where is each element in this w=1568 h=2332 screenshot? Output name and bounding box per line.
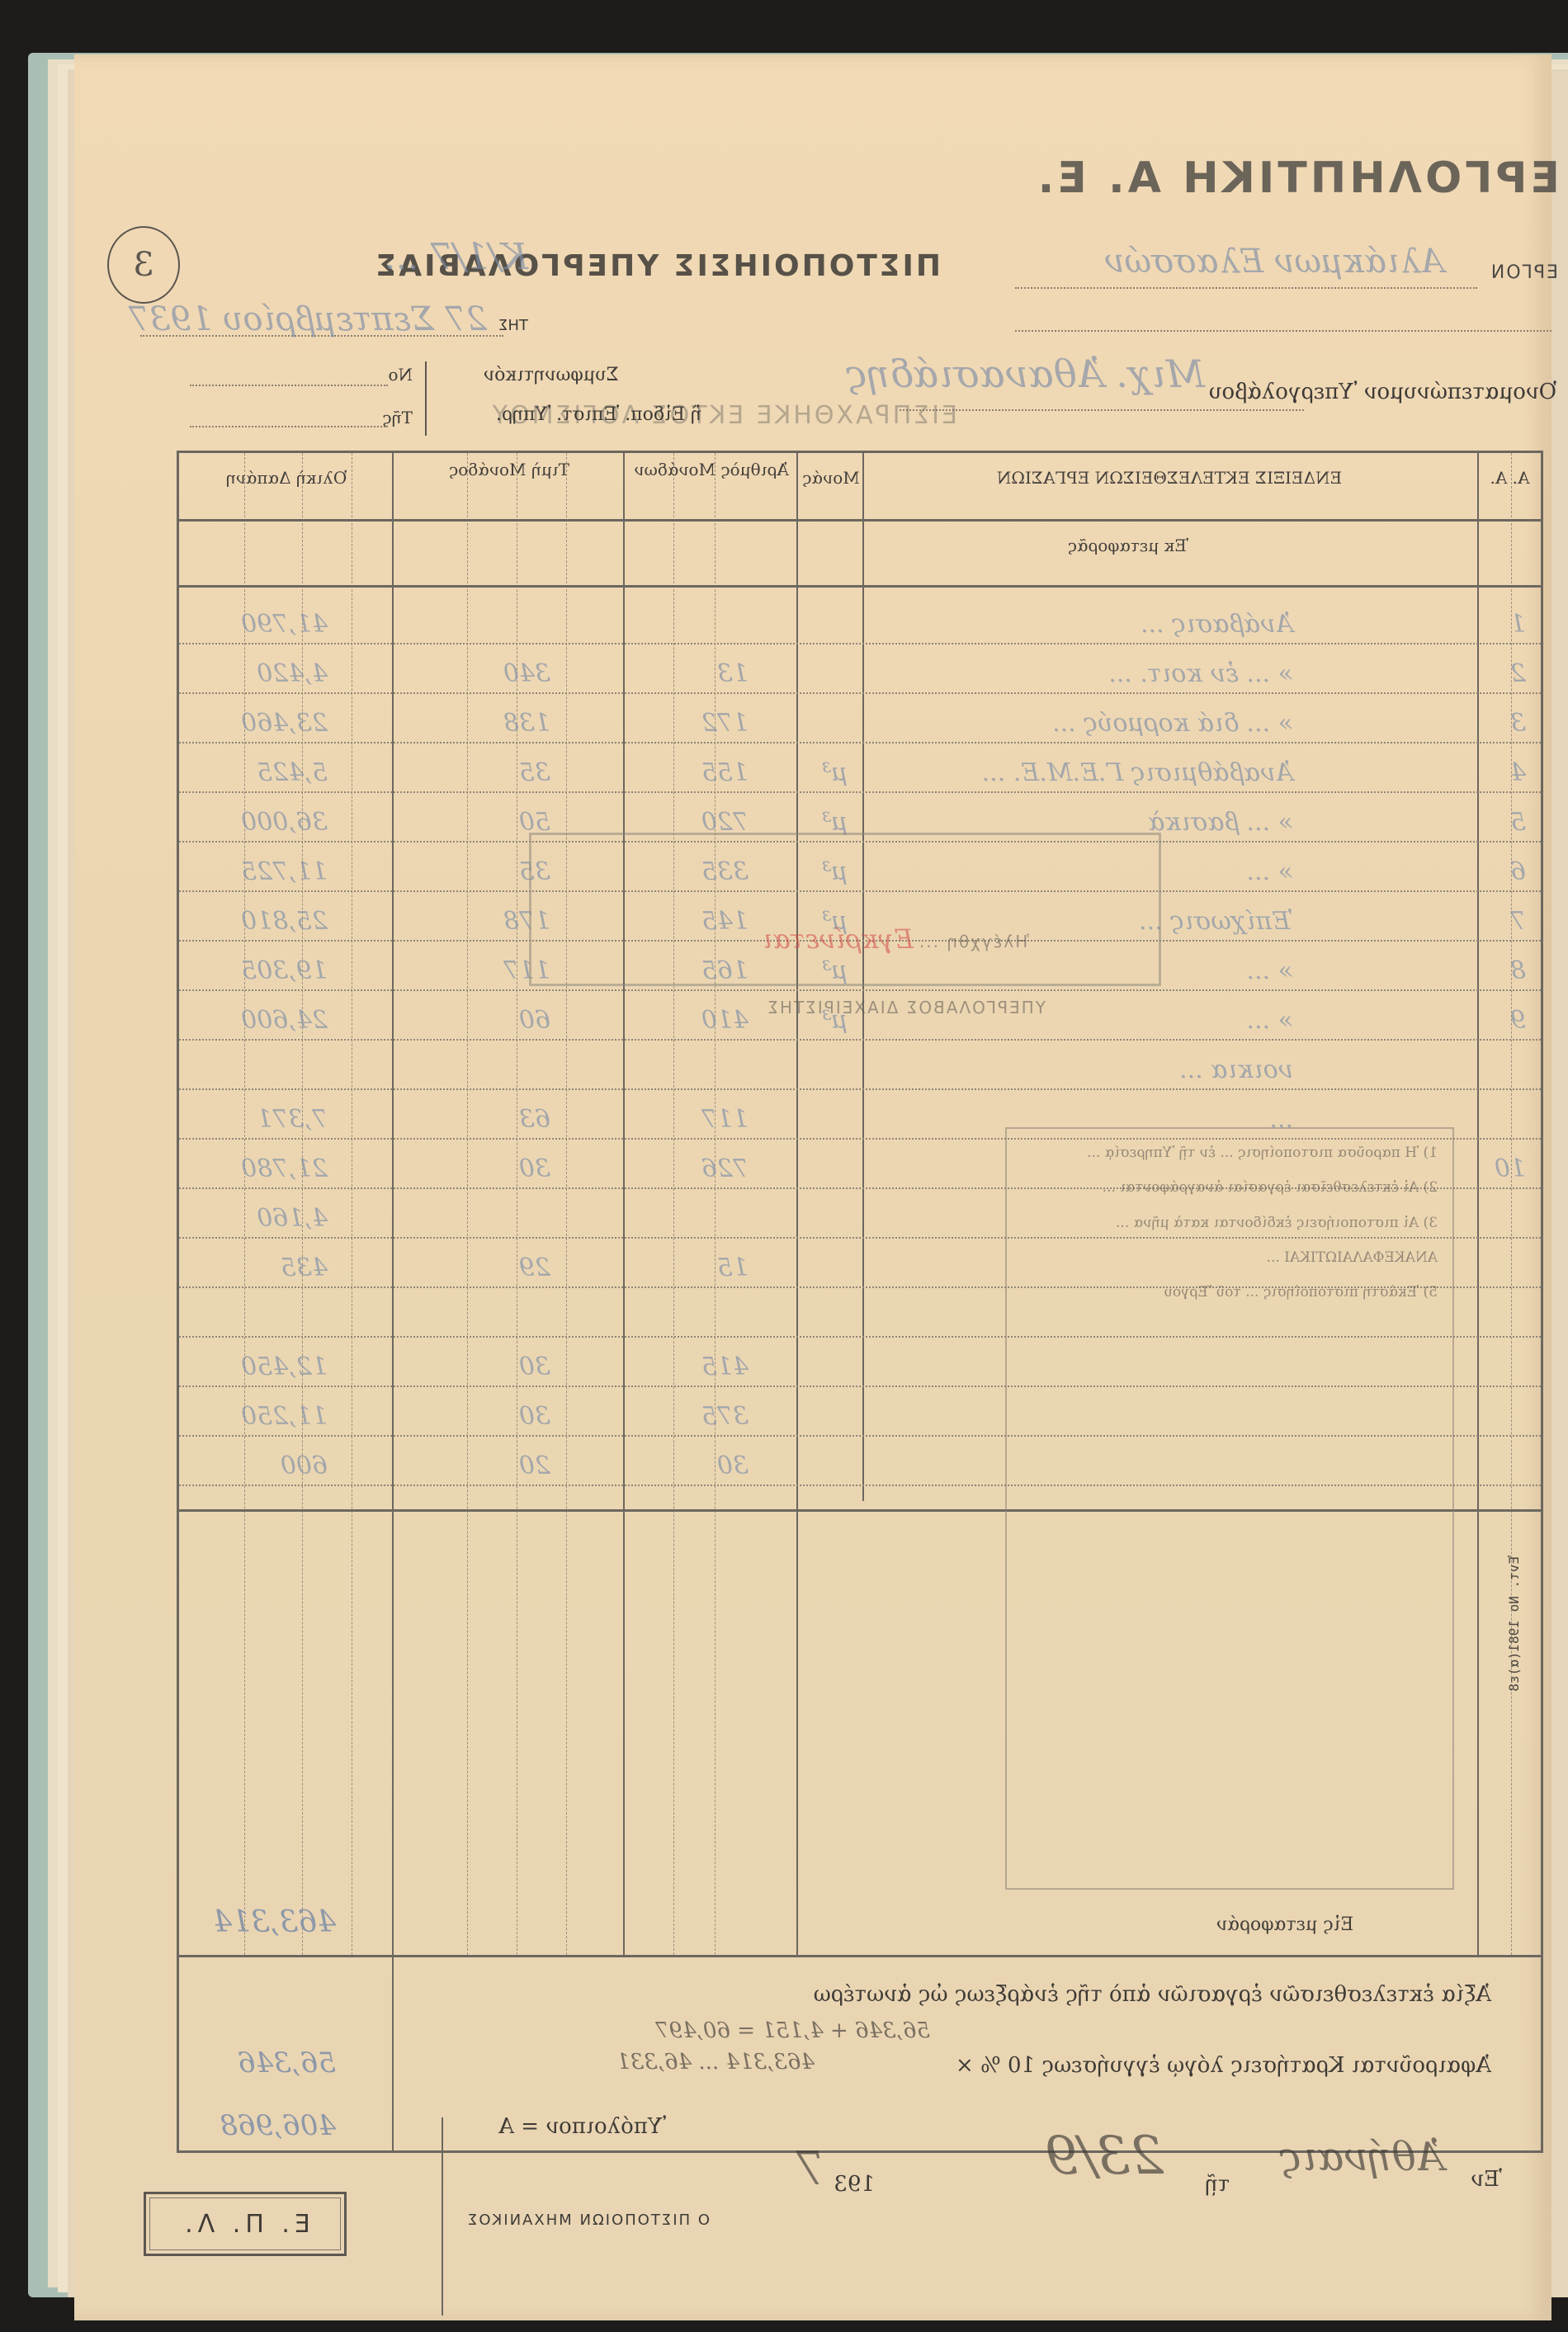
row-1-aa: 1 <box>1510 610 1526 639</box>
certifying-engineer-label: Ο ΠΙΣΤΟΠΟΙΩΝ ΜΗΧΑΝΙΚΟΣ <box>466 2212 710 2229</box>
company-header: ΕΡΓΟΛΗΠΤΙΚΗ Α. Ε. <box>1035 153 1560 203</box>
deduction-value: 56,346 <box>238 2046 336 2079</box>
brace-divider <box>425 361 427 436</box>
date-on-label: τῇ <box>1205 2172 1230 2197</box>
row-14-quantity: 15 <box>717 1253 749 1282</box>
row-15-total: 12,450 <box>241 1352 328 1381</box>
row-2-description: » ... ἐν κοιτ. ... <box>1108 659 1293 688</box>
header-unit: Μονάς <box>798 468 864 489</box>
row-8-aa: 8 <box>1510 956 1526 985</box>
row-4-quantity: 155 <box>701 758 749 787</box>
approval-stamp: Ἠλέγχθη ... <box>918 932 1029 951</box>
approval-stamp-box <box>529 833 1161 986</box>
row-7-total: 25,810 <box>241 907 328 936</box>
row-17-unit-price: 20 <box>519 1452 550 1480</box>
carry-in-label: Ἐκ μεταφορᾶς <box>1046 536 1211 556</box>
red-approval-mark: Εγκρίνεται <box>763 923 914 955</box>
place-value: Ἀθήναις <box>1279 2134 1444 2180</box>
header-rule <box>179 585 1541 588</box>
note-line: ΑΝΑΚΕΦΑΛΑΙΩΤΙΚΑΙ ... <box>1022 1247 1438 1268</box>
row-4-description: Ἀναβάθμισις Γ.Ε.Μ.Ε. ... <box>982 758 1293 787</box>
column-rule <box>796 453 798 1955</box>
carry-out-label: Εἰς μεταφοράν <box>1161 1914 1409 1937</box>
row-9-aa: 9 <box>1510 1006 1526 1035</box>
number-line <box>190 385 388 386</box>
row-9-quantity: 410 <box>701 1006 749 1035</box>
contractor-label: Ὀνοματεπώνυμον Ὑπεργολάβου <box>1209 380 1556 404</box>
row-10-description: νοικια ... <box>1179 1055 1293 1084</box>
column-rule <box>392 453 394 1955</box>
row-3-aa: 3 <box>1510 709 1526 738</box>
row-9-total: 24,600 <box>241 1006 328 1035</box>
supervisor-date-line <box>190 426 388 427</box>
row-12-total: 21,780 <box>241 1154 328 1183</box>
row-3-unit-price: 138 <box>503 709 550 738</box>
column-rule <box>623 453 625 1955</box>
contractor-value: Μιχ. Ἀθανασιάδης <box>846 352 1205 396</box>
note-line: 2) Αἱ ἐκτελεσθεῖσαι ἐργασίαι ἀναγράφοντα… <box>1022 1177 1438 1198</box>
row-15-unit-price: 30 <box>519 1352 550 1381</box>
row-5-description: » ... βασικὰ <box>1148 808 1293 837</box>
certificate-number: Κ/1/7 ... <box>385 236 528 278</box>
row-4-unit: μ³ <box>821 758 848 787</box>
column-rule <box>715 453 716 1955</box>
row-3-total: 23,460 <box>241 709 328 738</box>
document-page: ΕΡΓΟΛΗΠΤΙΚΗ Α. Ε. ΕΡΓΟΝ Αλιάκμων Ελασσών… <box>74 54 1551 2320</box>
form-code: Ἐντ. Νο 1981(α)ε8 <box>1506 1556 1522 1692</box>
row-7-aa: 7 <box>1510 907 1526 936</box>
supervisor-stamp: ΥΠΕΡΓΟΛΑΒΟΣ ΔΙΑΧΕΙΡΙΣΤΗΣ <box>766 998 1046 1017</box>
header-aa: Α. Α. <box>1479 468 1541 489</box>
column-rule <box>442 2117 443 2315</box>
row-11-unit-price: 63 <box>519 1105 550 1134</box>
date-label: ΤΗΣ <box>498 317 528 334</box>
row-16-unit-price: 30 <box>519 1402 550 1431</box>
deduction-calc: 463,314 ... 46,331 <box>616 2050 815 2075</box>
row-5-total: 36,000 <box>241 808 328 837</box>
column-rule <box>673 453 674 1955</box>
year-value: 7 <box>796 2142 825 2196</box>
column-rule <box>1477 453 1479 1955</box>
row-9-description: » ... <box>1247 1006 1294 1035</box>
place-label: Ἐν <box>1471 2167 1502 2192</box>
row-5-aa: 5 <box>1510 808 1526 837</box>
header-description: ΕΝΔΕΙΞΙΣ ΕΚΤΕΛΕΣΘΕΙΣΩΝ ΕΡΓΑΣΙΩΝ <box>864 468 1475 489</box>
handwritten-calc: 56,346 + 4,151 = 60,497 <box>655 2018 930 2043</box>
number-label: Νο <box>388 365 413 385</box>
row-12-quantity: 726 <box>701 1154 749 1183</box>
deduction-label: Ἀφαιροῦνται Κρατήσεις λόγῳ ἐγγυήσεως 10 … <box>956 2053 1491 2078</box>
column-rule <box>244 453 245 1955</box>
row-3-quantity: 172 <box>701 709 749 738</box>
note-line: 1) Ἡ παροῦσα πιστοποίησις ... ἐν τῇ Ὑπηρ… <box>1022 1142 1438 1164</box>
carry-out-total: 463,314 <box>213 1905 336 1939</box>
row-6-total: 11,725 <box>241 857 328 886</box>
row-12-aa: 10 <box>1495 1154 1526 1183</box>
row-7-description: Ἐπίχωσις ... <box>1139 907 1293 936</box>
balance-label: Ὑπόλοιπον = Α <box>498 2114 666 2139</box>
row-2-total: 4,420 <box>257 659 328 688</box>
column-rule <box>392 1952 394 2150</box>
contractor-line <box>900 409 1304 411</box>
row-17-quantity: 30 <box>717 1452 749 1480</box>
row-17-total: 600 <box>281 1452 328 1480</box>
row-3-description: » ... διά κορμούς ... <box>1052 709 1293 738</box>
year-prefix: 193 <box>834 2172 875 2197</box>
row-9-unit-price: 60 <box>519 1006 550 1035</box>
header-rule <box>179 519 1541 522</box>
row-1-description: Ἀνάβασις ... <box>1141 610 1293 639</box>
row-6-aa: 6 <box>1510 857 1526 886</box>
row-2-quantity: 13 <box>717 659 749 688</box>
row-16-quantity: 375 <box>701 1402 749 1431</box>
project-label: ΕΡΓΟΝ <box>1490 262 1558 283</box>
row-15-quantity: 415 <box>701 1352 749 1381</box>
supervisor-label: ἢ Εἰδοπ. Ἐπιστ. Ὑπηρ. <box>496 404 701 425</box>
stamp-box: Ε. Π. Λ. <box>144 2192 347 2256</box>
row-8-total: 19,305 <box>241 956 328 985</box>
balance-value: 406,968 <box>220 2109 336 2142</box>
date-value: 27 Σεπτεμβρίου 1937 <box>129 300 487 338</box>
header-total: Ὀλικὴ Δαπάνη <box>179 468 394 489</box>
row-4-unit-price: 35 <box>519 758 550 787</box>
summary-box: Ἀξία ἐκτελεσθεισῶν ἐργασιῶν ἀπὸ τῆς ἐνάρ… <box>177 1952 1543 2153</box>
row-4-total: 5,425 <box>257 758 328 787</box>
row-6-description: » ... <box>1247 857 1294 886</box>
project-value: Αλιάκμων Ελασσών <box>1104 243 1444 281</box>
column-rule <box>467 453 468 1955</box>
note-line: 5) Ἐκάστη πιστοποίησις ... τοῦ Ἔργου <box>1022 1282 1438 1303</box>
header-unit-price: Τιμὴ Μονάδος <box>394 460 625 480</box>
agreement-label: Συμφωνητικόν <box>484 365 619 385</box>
row-8-description: » ... <box>1247 956 1294 985</box>
row-1-total: 41,790 <box>241 610 328 639</box>
supervisor-date-label: Τῆς <box>382 408 413 427</box>
project-line-2 <box>1015 330 1551 332</box>
row-12-unit-price: 30 <box>519 1154 550 1183</box>
row-14-unit-price: 29 <box>519 1253 550 1282</box>
page-number-seal: 3 <box>107 226 180 304</box>
row-11-total: 7,371 <box>257 1105 328 1134</box>
column-rule <box>566 453 567 1955</box>
mirrored-content: ΕΡΓΟΛΗΠΤΙΚΗ Α. Ε. ΕΡΓΟΝ Αλιάκμων Ελασσών… <box>74 54 1551 2320</box>
row-13-total: 4,160 <box>257 1204 328 1233</box>
column-rule <box>352 453 352 1955</box>
works-value-label: Ἀξία ἐκτελεσθεισῶν ἐργασιῶν ἀπὸ τῆς ἐνάρ… <box>814 1982 1491 2007</box>
row-2-aa: 2 <box>1510 659 1526 688</box>
row-4-aa: 4 <box>1510 758 1526 787</box>
row-11-quantity: 117 <box>701 1105 749 1134</box>
note-line: 3) Αἱ πιστοποιήσεις ἐκδίδονται κατὰ μῆνα… <box>1022 1212 1438 1234</box>
row-16-total: 11,250 <box>241 1402 328 1431</box>
signature-date: 23/9 <box>1045 2126 1164 2187</box>
row-14-total: 435 <box>281 1253 328 1282</box>
instructions-notes-box: 1) Ἡ παροῦσα πιστοποίησις ... ἐν τῇ Ὑπηρ… <box>1005 1127 1454 1890</box>
project-line <box>1015 287 1477 289</box>
row-2-unit-price: 340 <box>503 659 550 688</box>
header-quantity: Ἀριθμὸς Μονάδων <box>625 460 798 480</box>
